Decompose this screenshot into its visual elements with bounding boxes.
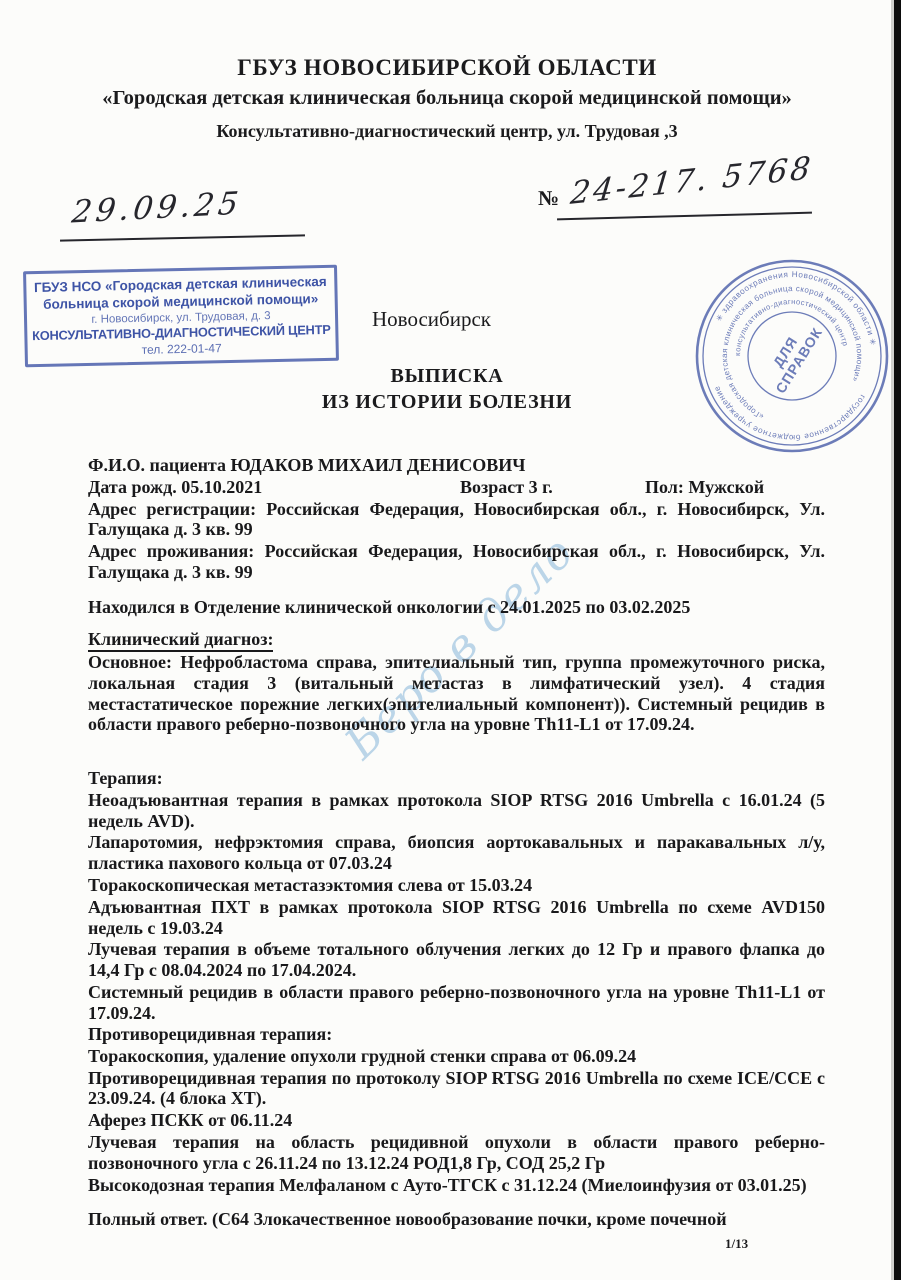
therapy-section: Терапия: Неоадъювантная терапия в рамках… <box>88 768 825 1025</box>
patient-fio-row: Ф.И.О. пациента ЮДАКОВ МИХАИЛ ДЕНИСОВИЧ <box>88 455 825 476</box>
anti-relapse-item: Высокодозная терапия Мелфаланом с Ауто-Т… <box>88 1175 825 1196</box>
anti-relapse-item: Аферез ПСКК от 06.11.24 <box>88 1110 825 1131</box>
patient-addr-registration: Адрес регистрации: Российская Федерация,… <box>88 499 825 541</box>
therapy-item: Лапаротомия, нефрэктомия справа, биопсия… <box>88 832 825 874</box>
number-sign: № <box>538 186 559 211</box>
anti-relapse-item: Противорецидивная терапия по протоколу S… <box>88 1068 825 1110</box>
org-dept-line: Консультативно-диагностический центр, ул… <box>0 121 894 142</box>
addr-registration-label: Адрес регистрации: <box>88 499 256 519</box>
patient-dob: Дата рожд. 05.10.2021 <box>88 477 262 497</box>
diagnosis-heading-text: Клинический диагноз: <box>88 629 273 652</box>
therapy-item: Неоадъювантная терапия в рамках протокол… <box>88 790 825 832</box>
rectangular-stamp: ГБУЗ НСО «Городская детская клиническая … <box>23 265 339 368</box>
therapy-item: Системный рецидив в области правого ребе… <box>88 982 825 1024</box>
anti-relapse-section: Противорецидивная терапия: Торакоскопия,… <box>88 1024 825 1196</box>
patient-sex: Пол: Мужской <box>645 477 764 498</box>
handwritten-date: 29.09.25 <box>70 185 244 230</box>
doc-title-line2: ИЗ ИСТОРИИ БОЛЕЗНИ <box>0 391 894 414</box>
therapy-heading: Терапия: <box>88 768 825 789</box>
handwritten-number: 24-217. 5768 <box>569 150 815 212</box>
therapy-item: Лучевая терапия в объеме тотального облу… <box>88 939 825 981</box>
diagnosis-text: Основное: Нефробластома справа, эпителиа… <box>88 652 825 735</box>
patient-fio-label: Ф.И.О. пациента <box>88 455 226 475</box>
number-underline <box>557 212 812 221</box>
org-name-line1: ГБУЗ НОВОСИБИРСКОЙ ОБЛАСТИ <box>0 55 894 81</box>
scan-edge-black-bar <box>894 0 901 1280</box>
patient-addr-residence: Адрес проживания: Российская Федерация, … <box>88 541 825 583</box>
doc-title-line1: ВЫПИСКА <box>0 365 894 388</box>
scanned-document-page: Беро в дело ГБУЗ НОВОСИБИРСКОЙ ОБЛАСТИ «… <box>0 0 901 1280</box>
addr-residence-label: Адрес проживания: <box>88 541 254 561</box>
patient-fio-value: ЮДАКОВ МИХАИЛ ДЕНИСОВИЧ <box>231 455 526 475</box>
final-response-line: Полный ответ. (С64 Злокачественное новоо… <box>88 1209 825 1230</box>
hospital-stay-line: Находился в Отделение клинической онколо… <box>88 597 825 618</box>
patient-age: Возраст 3 г. <box>460 477 553 498</box>
anti-relapse-item: Торакоскопия, удаление опухоли грудной с… <box>88 1046 825 1067</box>
therapy-item: Адъювантная ПХТ в рамках протокола SIOP … <box>88 897 825 939</box>
round-stamp: ✳ здравоохранения Новосибирской области … <box>692 256 892 456</box>
anti-relapse-item: Лучевая терапия на область рецидивной оп… <box>88 1132 825 1174</box>
city-name: Новосибирск <box>372 307 491 332</box>
therapy-item: Торакоскопическая метастазэктомия слева … <box>88 875 825 896</box>
patient-info-block: Ф.И.О. пациента ЮДАКОВ МИХАИЛ ДЕНИСОВИЧ … <box>88 455 825 584</box>
diagnosis-heading: Клинический диагноз: <box>88 629 825 650</box>
anti-relapse-heading: Противорецидивная терапия: <box>88 1024 825 1045</box>
org-name-line2: «Городская детская клиническая больница … <box>0 87 894 110</box>
patient-dob-row: Дата рожд. 05.10.2021 Возраст 3 г. Пол: … <box>88 477 825 498</box>
page-number: 1/13 <box>725 1236 748 1252</box>
date-underline <box>60 234 305 241</box>
